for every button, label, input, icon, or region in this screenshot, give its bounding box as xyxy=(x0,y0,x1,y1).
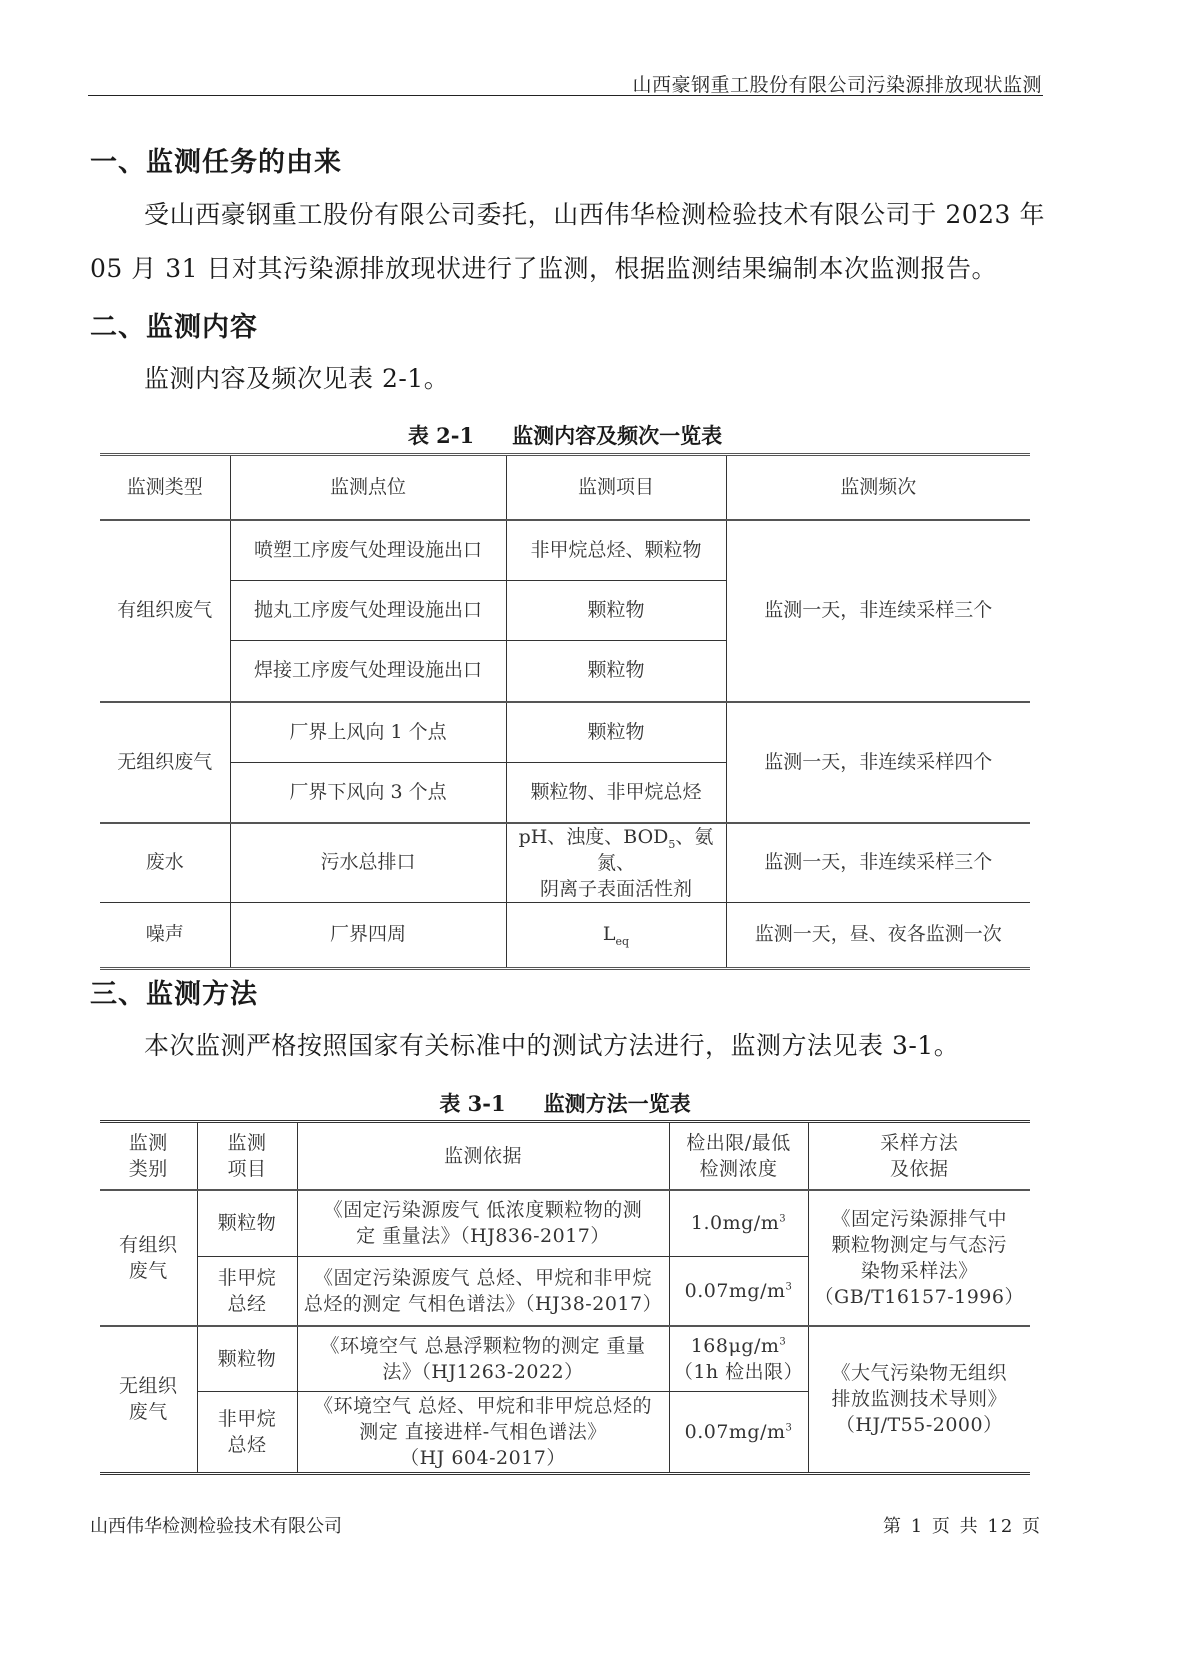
item-cell: 非甲烷总经 xyxy=(197,1257,297,1326)
header-text: 类别 xyxy=(129,1158,168,1180)
item-cell: 非甲烷总烃 xyxy=(197,1392,297,1474)
table-row: 废水 污水总排口 pH、浊度、BOD5、氨氮、 阴离子表面活性剂 监测一天，非连… xyxy=(100,823,1030,903)
cell-text: 废气 xyxy=(129,1401,168,1423)
table-row: 噪声 厂界四周 Leq 监测一天，昼、夜各监测一次 xyxy=(100,902,1030,968)
header-frequency: 监测频次 xyxy=(726,455,1030,520)
cell-text: 《环境空气 总悬浮颗粒物的测定 重量 xyxy=(320,1335,645,1357)
cell-text: 废气 xyxy=(129,1260,168,1282)
section-2-heading: 二、监测内容 xyxy=(90,305,258,344)
header-limit: 检出限/最低检测浓度 xyxy=(669,1122,808,1190)
point-cell: 污水总排口 xyxy=(230,823,506,903)
point-cell: 抛丸工序废气处理设施出口 xyxy=(230,581,506,641)
table-header-row: 监测类别 监测项目 监测依据 检出限/最低检测浓度 采样方法及依据 xyxy=(100,1122,1030,1190)
table-2-1-caption-number: 表 2-1 xyxy=(408,423,474,448)
limit-cell: 168μg/m3（1h 检出限） xyxy=(669,1326,808,1392)
section-3-heading: 三、监测方法 xyxy=(90,972,258,1011)
table-2-1-monitoring-content: 监测类型 监测点位 监测项目 监测频次 有组织废气 喷塑工序废气处理设施出口 非… xyxy=(100,453,1030,970)
header-text: 项目 xyxy=(227,1158,266,1180)
item-text: L xyxy=(603,923,616,945)
point-cell: 厂界上风向 1 个点 xyxy=(230,702,506,763)
table-3-1-caption-number: 表 3-1 xyxy=(439,1091,505,1116)
type-cell: 噪声 xyxy=(100,902,230,968)
basis-cell: 《环境空气 总烃、甲烷和非甲烷总烃的测定 直接进样-气相色谱法》（HJ 604-… xyxy=(297,1392,669,1474)
type-cell: 废水 xyxy=(100,823,230,903)
limit-cell: 0.07mg/m3 xyxy=(669,1257,808,1326)
point-cell: 焊接工序废气处理设施出口 xyxy=(230,641,506,702)
header-text: 采样方法 xyxy=(880,1132,958,1154)
limit-cell: 0.07mg/m3 xyxy=(669,1392,808,1474)
cell-text: 染物采样法》 xyxy=(861,1260,978,1282)
item-text: 阴离子表面活性剂 xyxy=(540,878,692,900)
item-cell: 颗粒物 xyxy=(197,1190,297,1257)
superscript: 3 xyxy=(786,1281,793,1292)
table-3-1-monitoring-methods: 监测类别 监测项目 监测依据 检出限/最低检测浓度 采样方法及依据 有组织废气 … xyxy=(100,1120,1030,1475)
table-3-1-caption: 表 3-1监测方法一览表 xyxy=(100,1088,1030,1118)
section-1-heading: 一、监测任务的由来 xyxy=(90,140,342,179)
header-basis: 监测依据 xyxy=(297,1122,669,1190)
header-text: 检测浓度 xyxy=(699,1158,777,1180)
table-header-row: 监测类型 监测点位 监测项目 监测频次 xyxy=(100,455,1030,520)
header-item: 监测项目 xyxy=(506,455,726,520)
cell-text: 总烃 xyxy=(227,1434,266,1456)
superscript: 3 xyxy=(779,1214,786,1225)
cell-text: 无组织 xyxy=(119,1375,178,1397)
header-text: 及依据 xyxy=(890,1158,949,1180)
category-cell: 无组织废气 xyxy=(100,1326,197,1474)
header-text: 监测 xyxy=(227,1132,266,1154)
footer-page-info: 第 1 页 共 12 页 xyxy=(883,1512,1042,1538)
header-text: 监测 xyxy=(129,1132,168,1154)
table-row: 无组织废气 厂界上风向 1 个点 颗粒物 监测一天，非连续采样四个 xyxy=(100,702,1030,763)
cell-text: 168μg/m xyxy=(691,1335,780,1357)
frequency-cell: 监测一天，昼、夜各监测一次 xyxy=(726,902,1030,968)
sampling-cell: 《大气污染物无组织排放监测技术导则》（HJ/T55-2000） xyxy=(808,1326,1030,1474)
limit-cell: 1.0mg/m3 xyxy=(669,1190,808,1257)
cell-text: 《环境空气 总烃、甲烷和非甲烷总烃的 xyxy=(314,1395,652,1417)
table-3-1-caption-title: 监测方法一览表 xyxy=(544,1091,691,1116)
running-header-title: 山西豪钢重工股份有限公司污染源排放现状监测 xyxy=(632,70,1042,97)
cell-text: 《大气污染物无组织 xyxy=(831,1362,1007,1384)
basis-cell: 《环境空气 总悬浮颗粒物的测定 重量法》（HJ1263-2022） xyxy=(297,1326,669,1392)
superscript: 3 xyxy=(786,1423,793,1434)
cell-text: 测定 直接进样-气相色谱法》 xyxy=(359,1421,606,1443)
cell-text: 非甲烷 xyxy=(218,1267,277,1289)
cell-text: 0.07mg/m xyxy=(685,1421,786,1443)
cell-text: 《固定污染源废气 总烃、甲烷和非甲烷 xyxy=(314,1267,652,1289)
cell-text: 总烃的测定 气相色谱法》（HJ38-2017） xyxy=(304,1293,662,1315)
table-row: 有组织废气 喷塑工序废气处理设施出口 非甲烷总烃、颗粒物 监测一天，非连续采样三… xyxy=(100,520,1030,581)
item-cell: 颗粒物、非甲烷总烃 xyxy=(506,763,726,823)
cell-text: 颗粒物测定与气态污 xyxy=(831,1234,1007,1256)
sampling-cell: 《固定污染源排气中颗粒物测定与气态污染物采样法》（GB/T16157-1996） xyxy=(808,1190,1030,1326)
category-cell: 有组织废气 xyxy=(100,1190,197,1326)
header-divider xyxy=(88,95,1043,96)
item-cell: Leq xyxy=(506,902,726,968)
item-cell: 颗粒物 xyxy=(197,1326,297,1392)
item-cell: pH、浊度、BOD5、氨氮、 阴离子表面活性剂 xyxy=(506,823,726,903)
cell-text: 排放监测技术导则》 xyxy=(831,1388,1007,1410)
frequency-cell: 监测一天，非连续采样三个 xyxy=(726,520,1030,702)
item-cell: 颗粒物 xyxy=(506,702,726,763)
frequency-cell: 监测一天，非连续采样四个 xyxy=(726,702,1030,823)
cell-text: 定 重量法》（HJ836-2017） xyxy=(356,1225,610,1247)
point-cell: 厂界四周 xyxy=(230,902,506,968)
header-type: 监测类型 xyxy=(100,455,230,520)
section-2-paragraph: 监测内容及频次见表 2-1。 xyxy=(90,352,1045,406)
point-cell: 喷塑工序废气处理设施出口 xyxy=(230,520,506,581)
section-1-paragraph: 受山西豪钢重工股份有限公司委托，山西伟华检测检验技术有限公司于 2023 年 0… xyxy=(90,188,1045,296)
item-cell: 非甲烷总烃、颗粒物 xyxy=(506,520,726,581)
cell-text: （1h 检出限） xyxy=(674,1361,803,1383)
type-cell: 有组织废气 xyxy=(100,520,230,702)
header-category: 监测类别 xyxy=(100,1122,197,1190)
cell-text: 有组织 xyxy=(119,1234,178,1256)
header-item: 监测项目 xyxy=(197,1122,297,1190)
type-cell: 无组织废气 xyxy=(100,702,230,823)
cell-text: （HJ 604-2017） xyxy=(400,1447,566,1469)
point-cell: 厂界下风向 3 个点 xyxy=(230,763,506,823)
cell-text: 1.0mg/m xyxy=(691,1212,779,1234)
basis-cell: 《固定污染源废气 总烃、甲烷和非甲烷总烃的测定 气相色谱法》（HJ38-2017… xyxy=(297,1257,669,1326)
cell-text: 《固定污染源废气 低浓度颗粒物的测 xyxy=(324,1199,643,1221)
cell-text: 非甲烷 xyxy=(218,1408,277,1430)
table-row: 有组织废气 颗粒物 《固定污染源废气 低浓度颗粒物的测定 重量法》（HJ836-… xyxy=(100,1190,1030,1257)
superscript: 3 xyxy=(779,1336,786,1347)
table-2-1-caption-title: 监测内容及频次一览表 xyxy=(512,423,722,448)
item-subscript: eq xyxy=(616,935,630,948)
cell-text: 法》（HJ1263-2022） xyxy=(382,1361,583,1383)
header-sampling: 采样方法及依据 xyxy=(808,1122,1030,1190)
cell-text: 总经 xyxy=(227,1293,266,1315)
table-2-1-caption: 表 2-1监测内容及频次一览表 xyxy=(100,420,1030,450)
cell-text: 《固定污染源排气中 xyxy=(831,1208,1007,1230)
cell-text: （HJ/T55-2000） xyxy=(836,1414,1003,1436)
header-text: 检出限/最低 xyxy=(686,1132,790,1154)
frequency-cell: 监测一天，非连续采样三个 xyxy=(726,823,1030,903)
item-text: pH、浊度、BOD xyxy=(519,826,669,848)
table-row: 无组织废气 颗粒物 《环境空气 总悬浮颗粒物的测定 重量法》（HJ1263-20… xyxy=(100,1326,1030,1392)
cell-text: 0.07mg/m xyxy=(685,1280,786,1302)
header-point: 监测点位 xyxy=(230,455,506,520)
item-cell: 颗粒物 xyxy=(506,581,726,641)
cell-text: （GB/T16157-1996） xyxy=(815,1286,1024,1308)
section-3-paragraph: 本次监测严格按照国家有关标准中的测试方法进行，监测方法见表 3-1。 xyxy=(90,1019,1045,1073)
basis-cell: 《固定污染源废气 低浓度颗粒物的测定 重量法》（HJ836-2017） xyxy=(297,1190,669,1257)
footer-company: 山西伟华检测检验技术有限公司 xyxy=(90,1512,342,1538)
item-cell: 颗粒物 xyxy=(506,641,726,702)
